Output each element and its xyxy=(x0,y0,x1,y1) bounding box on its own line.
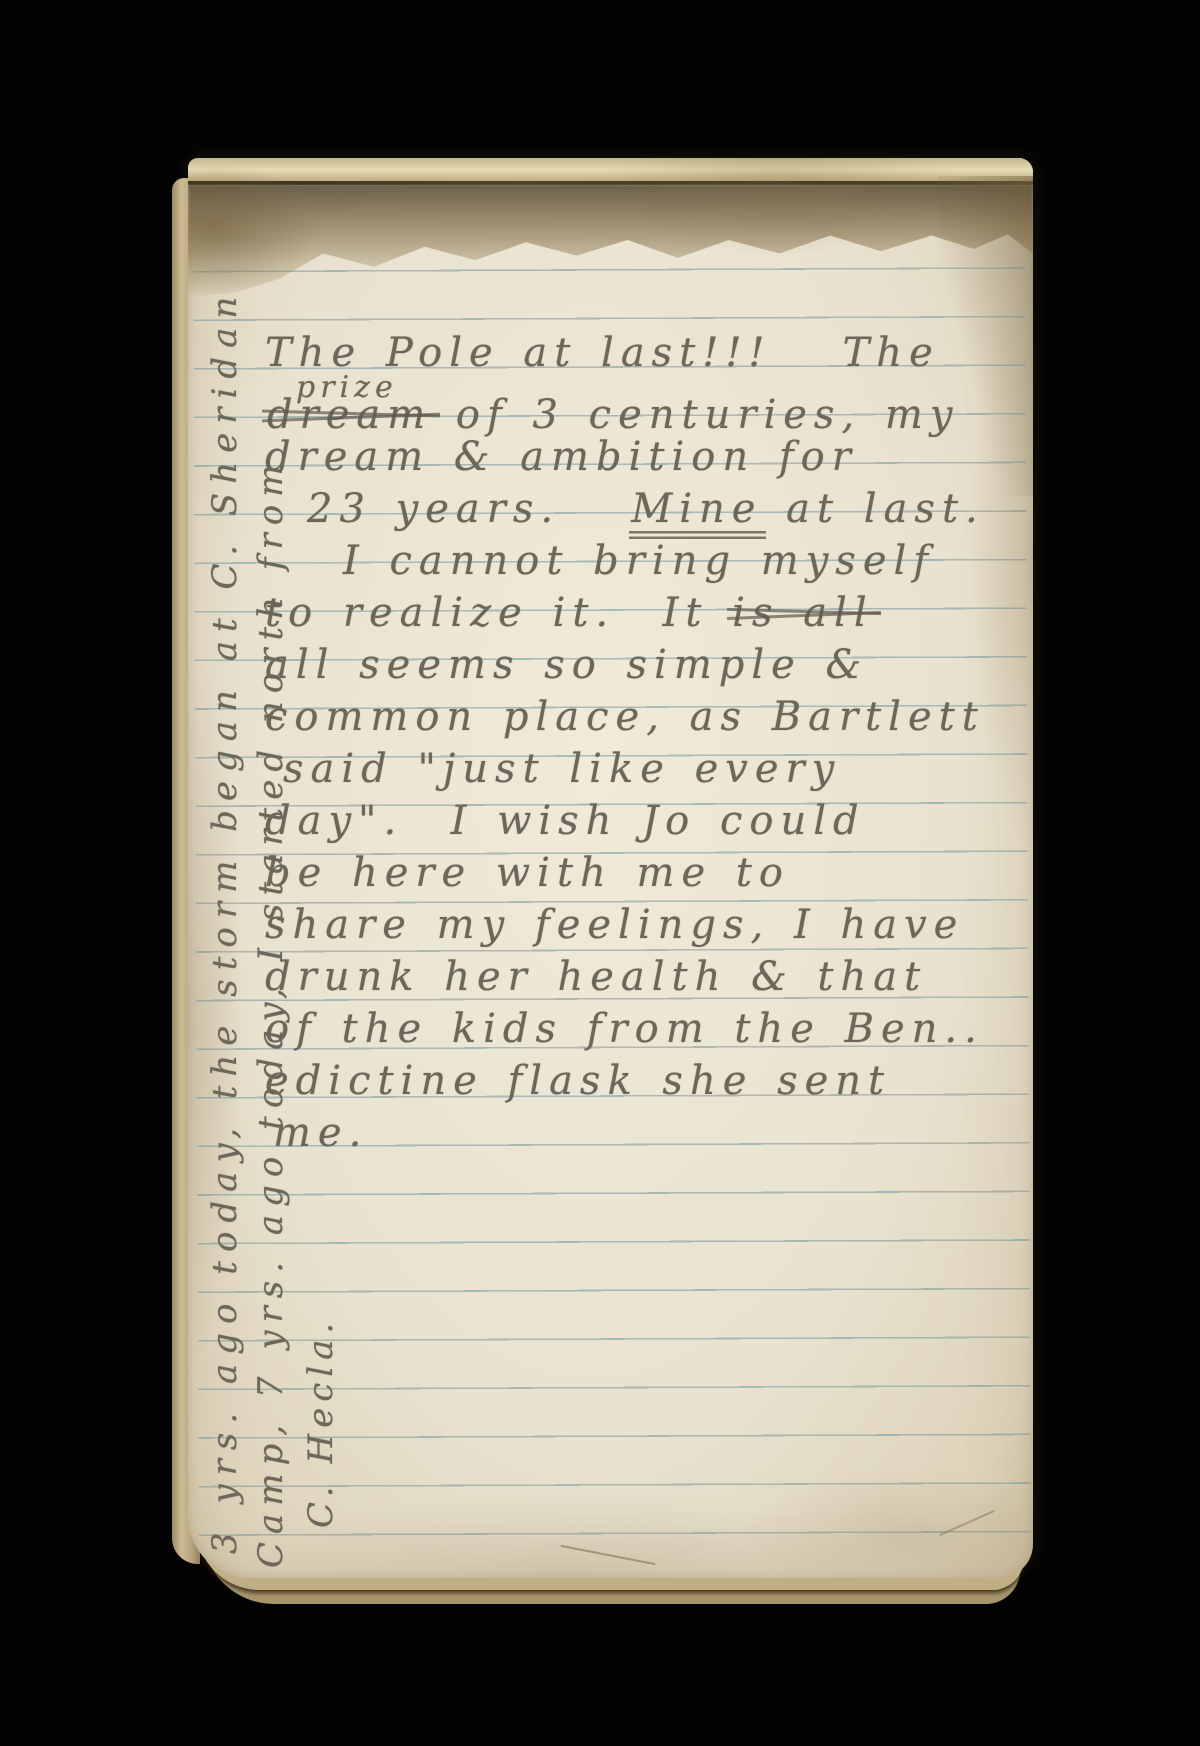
handwriting-line: dream & ambition for xyxy=(265,434,1005,486)
handwriting-line: all seems so simple & xyxy=(265,642,1005,694)
handwriting-text: be here with me to xyxy=(265,850,790,896)
handwriting-text: 23 years. xyxy=(307,486,631,532)
handwriting-line: to realize it. It is all xyxy=(265,590,1005,642)
handwriting-text: to realize it. It xyxy=(265,590,732,636)
diary-photograph: 3 yrs. ago today, the storm began at C. … xyxy=(0,0,1200,1746)
entry-lines: The Pole at last!!! Thedream of 3 centur… xyxy=(265,330,1005,1162)
handwriting-text: of the kids from the Ben.. xyxy=(265,1006,984,1052)
handwriting-line: said "just like every xyxy=(283,746,1005,798)
handwriting-text: said "just like every xyxy=(283,746,841,792)
handwriting-text: I cannot bring myself xyxy=(343,538,935,584)
handwriting-text: dream & ambition for xyxy=(265,434,858,480)
handwriting-line: I cannot bring myself xyxy=(343,538,1005,590)
handwriting-text: me. xyxy=(273,1110,368,1156)
margin-note-column-1: 3 yrs. ago today, the storm began at C. … xyxy=(202,254,248,1554)
handwriting-text: all seems so simple & xyxy=(265,642,868,688)
handwriting-line: edictine flask she sent xyxy=(265,1058,1005,1110)
handwriting-line: 23 years. Mine at last. xyxy=(307,486,1005,538)
prize-insertion: prize xyxy=(296,370,398,405)
handwriting-line: me. xyxy=(273,1110,1005,1162)
handwriting-line: be here with me to xyxy=(265,850,1005,902)
diary-page: 3 yrs. ago today, the storm began at C. … xyxy=(188,158,1033,1578)
handwriting-text: drunk her health & that xyxy=(265,954,927,1000)
handwriting-line: drunk her health & that xyxy=(265,954,1005,1006)
handwriting-underline-segment: Mine xyxy=(631,486,762,532)
handwriting-strike-segment: is all xyxy=(732,590,873,636)
handwriting-text: day". I wish Jo could xyxy=(265,798,866,844)
handwriting-text: edictine flask she sent xyxy=(265,1058,891,1104)
handwriting-line: common place, as Bartlett xyxy=(265,694,1005,746)
handwriting-line: day". I wish Jo could xyxy=(265,798,1005,850)
handwriting-line: of the kids from the Ben.. xyxy=(265,1006,1005,1058)
handwriting-text: at last. xyxy=(762,486,984,532)
margin-note-column-3: C. Hecla. xyxy=(298,1288,344,1528)
handwriting-text: common place, as Bartlett xyxy=(265,694,985,740)
handwriting-line: share my feelings, I have xyxy=(265,902,1005,954)
handwriting-text: share my feelings, I have xyxy=(265,902,964,948)
handwriting-text: of 3 centuries, my xyxy=(432,392,959,438)
